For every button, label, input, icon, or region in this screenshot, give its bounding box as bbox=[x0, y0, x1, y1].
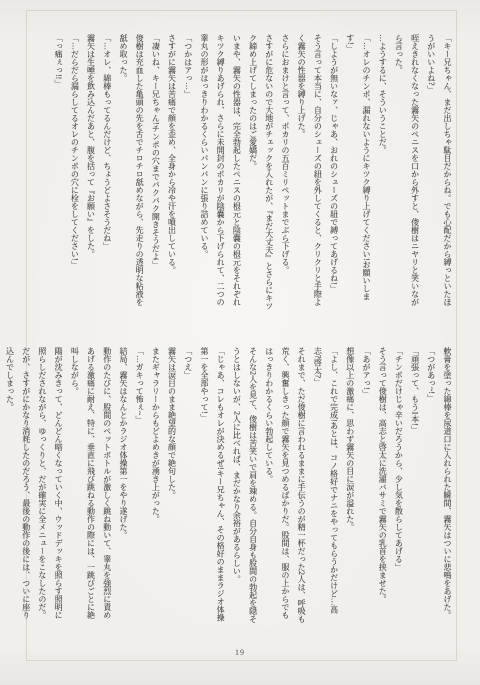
text-band-bottom: 軟膏を塗った綿棒を尿道口に入れられた瞬間、霧矢はついに悲鳴をあげた。 「つがあっ… bbox=[1, 347, 455, 625]
page-number: 19 bbox=[0, 648, 480, 657]
scanned-book-page: 「キー兄ちゃん、まだ出しちゃ駄目だからね。でも心配だから縛っといたほうがいいよね… bbox=[0, 0, 480, 685]
text-band-top: 「キー兄ちゃん、まだ出しちゃ駄目だからね。でも心配だから縛っといたほうがいいよね… bbox=[50, 34, 455, 311]
